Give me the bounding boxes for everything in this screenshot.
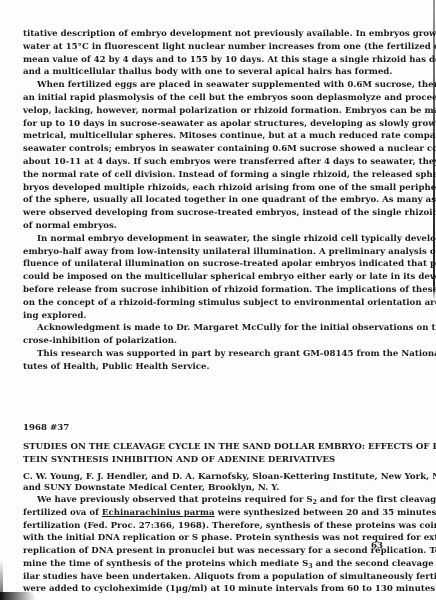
text-line: could be imposed on the multicellular sp… [23, 271, 389, 284]
text-line: In normal embryo development in seawater… [23, 233, 389, 246]
text-line: crose-inhibition of polarization. [23, 335, 389, 348]
text-line: fertilization (Fed. Proc. 27:366, 1968).… [23, 520, 389, 533]
text-line: fertilized ova of Echinarachinius parma … [23, 507, 389, 520]
species-name: Echinarachinius parma [102, 508, 215, 518]
title-line: TEIN SYNTHESIS INHIBITION AND OF ADENINE… [23, 454, 389, 467]
page-content: titative description of embryo developme… [23, 28, 389, 596]
text-line: velop, lacking, however, normal polariza… [23, 105, 389, 118]
text-segment: and the second cleavage (Cl [313, 559, 436, 569]
text-line: were added to cycloheximide (1μg/ml) at … [23, 583, 389, 596]
text-line: We have previously observed that protein… [23, 494, 389, 507]
text-segment: and for the first cleavage of [317, 495, 436, 505]
text-line: on the concept of a rhizoid-forming stim… [23, 297, 389, 310]
text-line: seawater controls; embryos in seawater c… [23, 143, 389, 156]
text-line: This research was supported in part by r… [23, 348, 389, 361]
text-line: replication of DNA present in pronuclei … [23, 545, 389, 558]
text-segment: mine the time of synthesis of the protei… [23, 559, 308, 569]
text-segment: fertilized ova of [23, 508, 102, 518]
funding-paragraph: This research was supported in part by r… [23, 348, 389, 374]
text-line: of the sphere, usually all located toget… [23, 194, 389, 207]
text-line: water at 15°C in fluorescent light nucle… [23, 41, 389, 54]
text-line: fluence of unilateral illumination on su… [23, 258, 389, 271]
paragraph: titative description of embryo developme… [23, 28, 389, 79]
text-line: were observed developing from sucrose-tr… [23, 207, 389, 220]
text-line: Acknowledgment is made to Dr. Margaret M… [23, 322, 389, 335]
text-segment: were synthesized between 20 and 35 minut… [215, 508, 436, 518]
text-segment: We have previously observed that protein… [37, 495, 313, 505]
continued-article: titative description of embryo developme… [23, 28, 389, 374]
article-authors: C. W. Young, F. J. Hendler, and D. A. Ka… [23, 472, 389, 494]
page-number: 63 [371, 541, 383, 551]
author-line: C. W. Young, F. J. Hendler, and D. A. Ka… [23, 472, 389, 483]
text-line: of normal embryos. [23, 220, 389, 233]
text-line: ing explored. [23, 310, 389, 323]
acknowledgment-paragraph: Acknowledgment is made to Dr. Margaret M… [23, 322, 389, 348]
text-line: with the initial DNA replication or S ph… [23, 532, 389, 545]
text-line: and a multicellular thallus body with on… [23, 66, 389, 79]
text-line: bryos developed multiple rhizoids, each … [23, 182, 389, 195]
paragraph: When fertilized eggs are placed in seawa… [23, 79, 389, 233]
text-line: for up to 10 days in sucrose-seawater as… [23, 118, 389, 131]
text-line: mean value of 42 by 4 days and to 155 by… [23, 54, 389, 67]
title-line: STUDIES ON THE CLEAVAGE CYCLE IN THE SAN… [23, 441, 389, 454]
text-line: before release from sucrose inhibition o… [23, 284, 389, 297]
article-title: STUDIES ON THE CLEAVAGE CYCLE IN THE SAN… [23, 441, 389, 467]
article-number: 1968 #37 [23, 422, 389, 435]
article-body: We have previously observed that protein… [23, 494, 389, 596]
text-line: ilar studies have been undertaken. Aliqu… [23, 571, 389, 584]
text-line: about 10-11 at 4 days. If such embryos w… [23, 156, 389, 169]
text-line: When fertilized eggs are placed in seawa… [23, 79, 389, 92]
author-line: and SUNY Downstate Medical Center, Brook… [23, 483, 389, 494]
text-line: tutes of Health, Public Health Service. [23, 361, 389, 374]
text-line: embryo-half away from low-intensity unil… [23, 246, 389, 259]
text-line: titative description of embryo developme… [23, 28, 389, 41]
text-line: metrical, multicellular spheres. Mitoses… [23, 130, 389, 143]
text-line: mine the time of synthesis of the protei… [23, 558, 389, 571]
text-line: an initial rapid plasmolysis of the cell… [23, 92, 389, 105]
paragraph: In normal embryo development in seawater… [23, 233, 389, 323]
text-line: the normal rate of cell division. Instea… [23, 169, 389, 182]
